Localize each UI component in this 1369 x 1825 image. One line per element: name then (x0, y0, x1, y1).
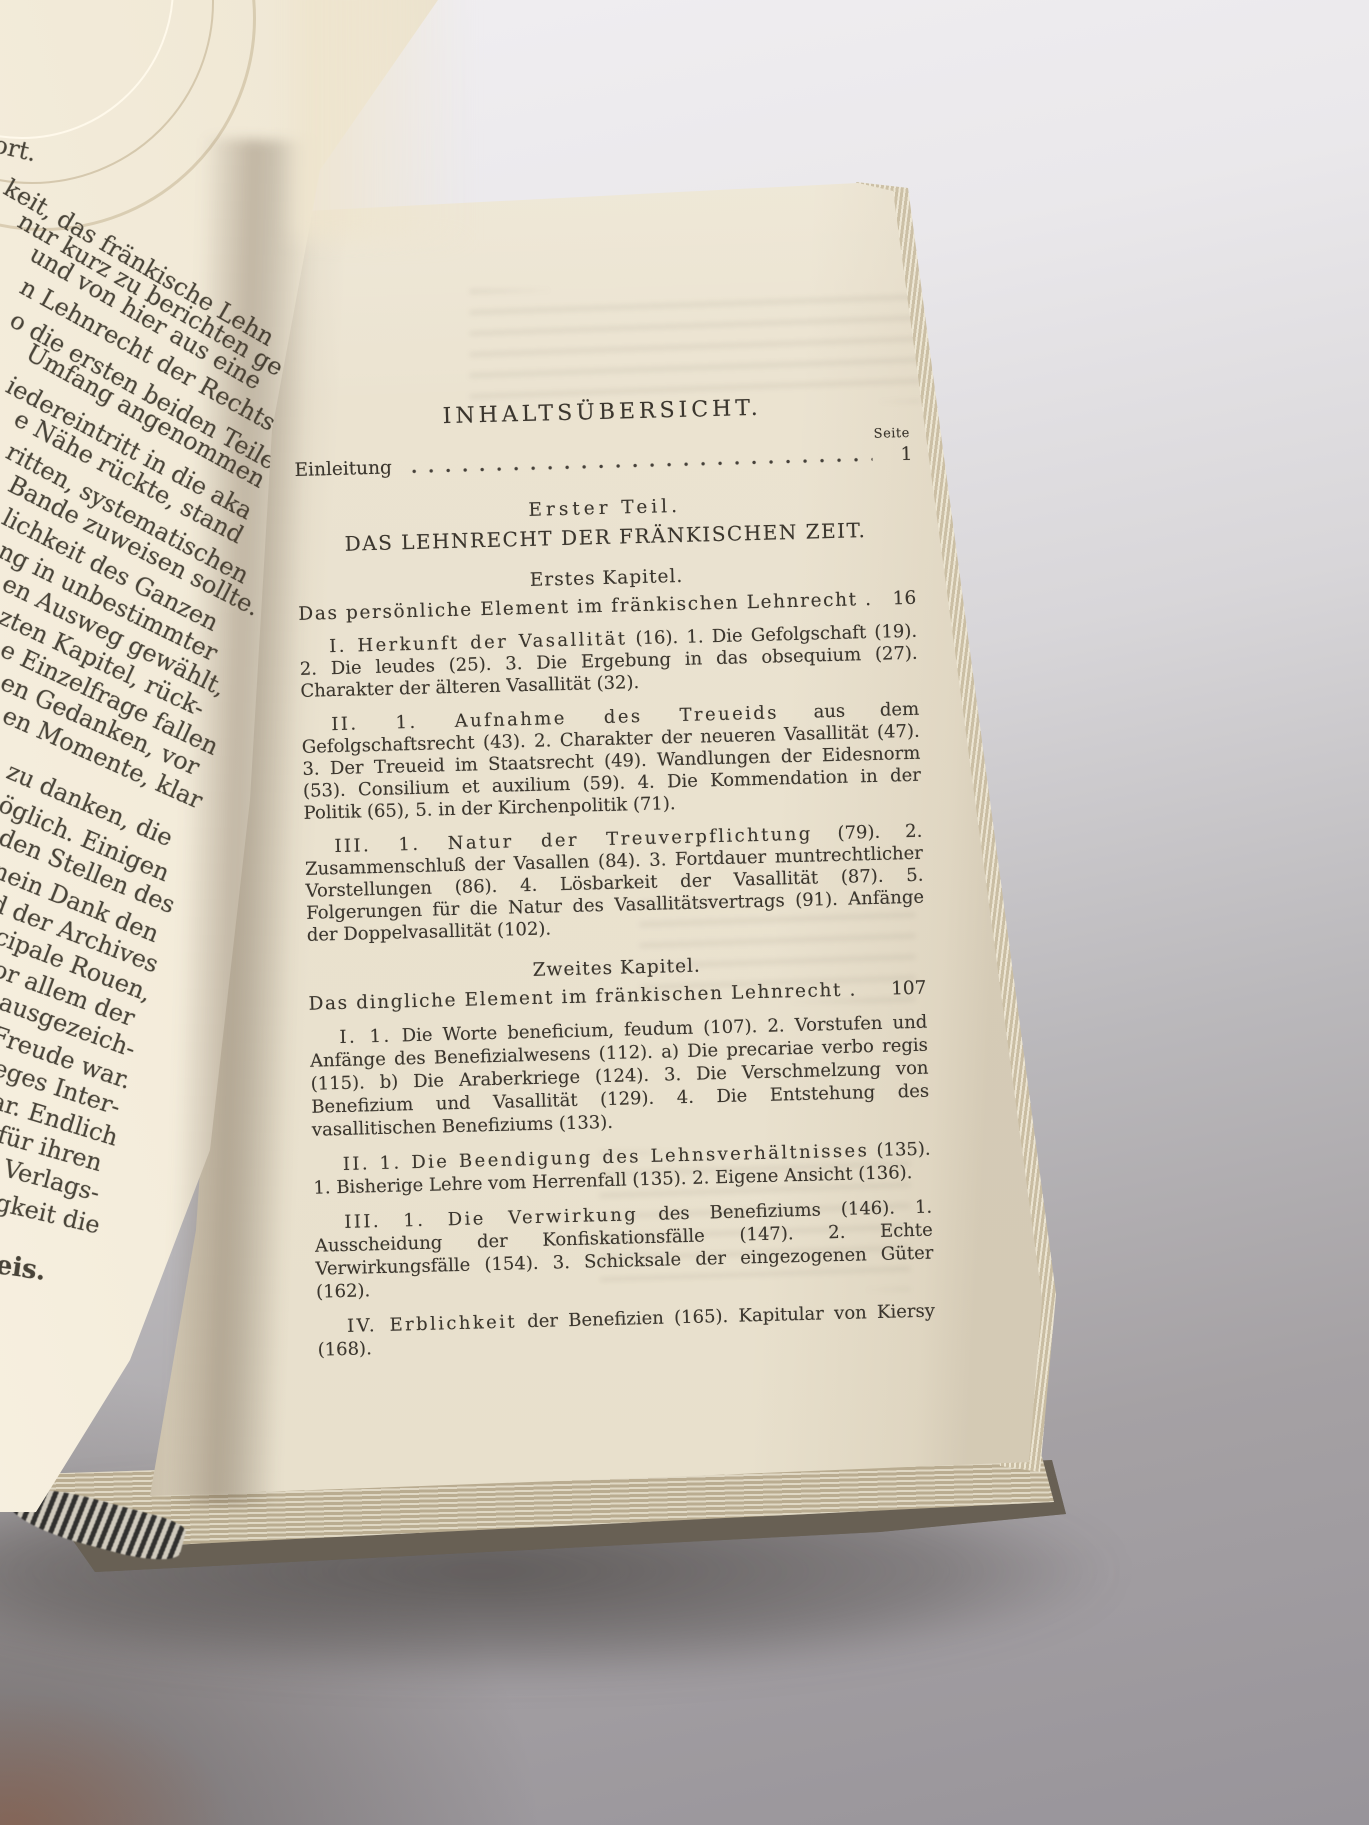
left-page-text-fragment: eis. (0, 1250, 48, 1287)
paragraph-lead: I. 1. (339, 1026, 392, 1048)
spacer (857, 995, 891, 996)
ink-showthrough (470, 290, 920, 402)
chapter1-entry-page: 16 (886, 588, 917, 610)
toc-paragraph: II. 1. Die Beendigung des Lehnsverhältni… (313, 1138, 932, 1200)
paragraph-lead: IV. Erblichkeit (347, 1311, 517, 1336)
paragraph-rest: Die Worte beneficium, feudum (107). 2. V… (310, 1012, 930, 1141)
toc-entry-label: Einleitung (294, 457, 392, 481)
chapter2-entry-label: Das dingliche Element im fränkischen Leh… (308, 979, 857, 1014)
page-edge-haze (295, 0, 470, 240)
toc-paragraph: I. Herkunft der Vasallität (16). 1. Die … (299, 621, 919, 703)
chapter2-section: Zweites Kapitel. Das dingliche Element i… (308, 950, 936, 1362)
toc-paragraph: III. 1. Die Verwirkung des Benefiziums (… (314, 1196, 934, 1304)
toc-paragraph: III. 1. Natur der Treuverpflichtung (79)… (304, 821, 925, 947)
toc-entry-page: 1 (882, 444, 913, 466)
toc-paragraph: I. 1. Die Worte beneficium, feudum (107)… (309, 1011, 930, 1142)
toc-paragraph: IV. Erblichkeit der Benefizien (165). Ka… (317, 1300, 936, 1362)
chapter1-section: Erstes Kapitel. Das persönliche Element … (297, 560, 924, 947)
book-photo: INHALTSÜBERSICHT. Seite Einleitung 1 Ers… (0, 0, 1369, 1825)
chapter2-entry-page: 107 (891, 978, 927, 1000)
table-of-contents: INHALTSÜBERSICHT. Seite Einleitung 1 Ers… (293, 392, 936, 1362)
toc-paragraph: II. 1. Aufnahme des Treueids aus dem Gef… (301, 699, 922, 825)
